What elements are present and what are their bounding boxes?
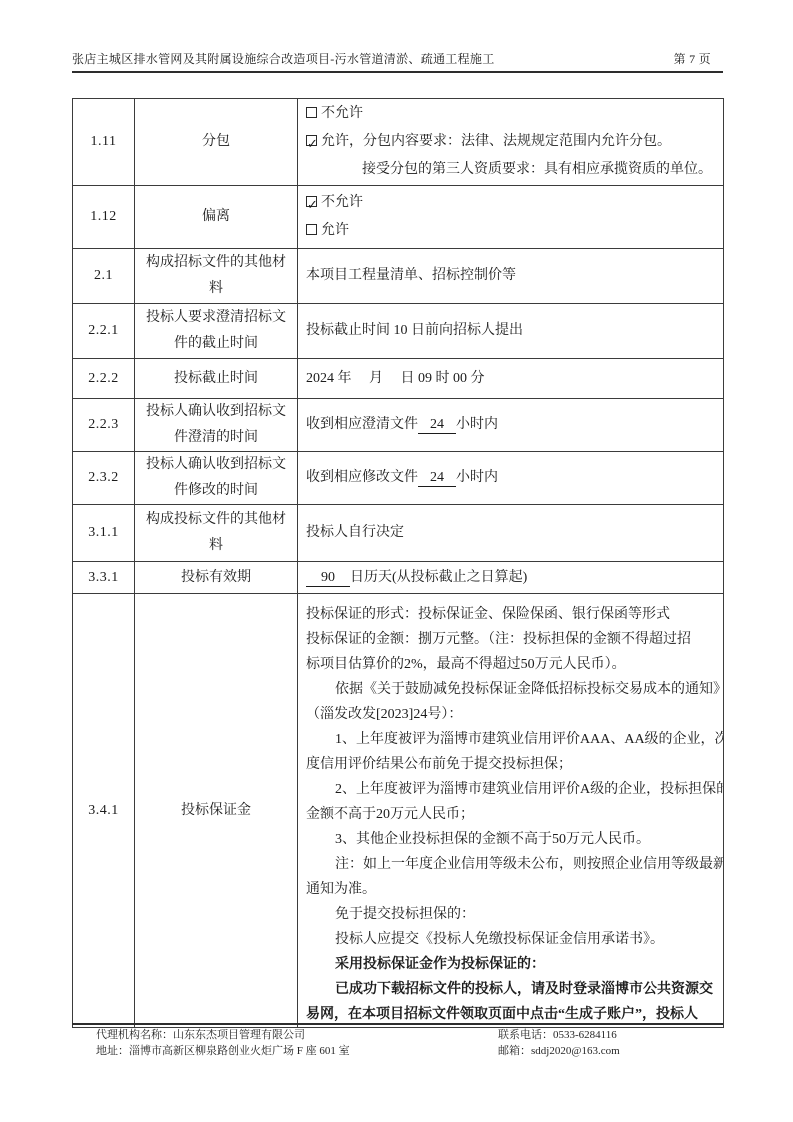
checkbox-checked-icon [306,135,317,146]
contact-phone: 联系电话：0533-6284116 [498,1027,620,1043]
table-row-3-1-1: 3.1.1 构成投标文件的其他材料 投标人自行决定 [73,505,724,562]
tender-conditions-table: 1.11 分包 不允许 允许，分包内容要求：法律、法规规定范围内允许分包。 接受… [72,98,724,1028]
footer-contact-block: 联系电话：0533-6284116 邮箱：sddj2020@163.com [498,1027,620,1059]
table-row-1-12: 1.12 偏离 不允许 允许 [73,186,724,249]
clause-label: 分包 [135,99,298,186]
clause-content: 本项目工程量清单、招标控制价等 [298,249,724,304]
bid-security-line: （淄发改发[2023]24号）： [306,702,717,727]
table-row-2-2-3: 2.2.3 投标人确认收到招标文件澄清的时间 收到相应澄清文件24小时内 [73,399,724,452]
bid-security-line: 3、其他企业投标担保的金额不高于50万元人民币。 [306,827,717,852]
bid-security-line: 通知为准。 [306,877,717,902]
contact-email: 邮箱：sddj2020@163.com [498,1043,620,1059]
clause-label: 投标保证金 [135,594,298,1028]
bid-security-line: 投标人应提交《投标人免缴投标保证金信用承诺书》。 [306,927,717,952]
table-row-2-2-1: 2.2.1 投标人要求澄清招标文件的截止时间 投标截止时间 10 日前向招标人提… [73,304,724,359]
bid-security-line: 金额不高于20万元人民币； [306,802,717,827]
clause-content: 90日历天(从投标截止之日算起) [298,562,724,594]
document-title: 张店主城区排水管网及其附属设施综合改造项目-污水管道清淤、疏通工程施工 [72,50,495,67]
clause-content: 投标人自行决定 [298,505,724,562]
clause-label: 投标人确认收到招标文件澄清的时间 [135,399,298,452]
bid-security-line: 已成功下载招标文件的投标人，请及时登录淄博市公共资源交 [306,977,717,1002]
bid-security-line: 依据《关于鼓励减免投标保证金降低招标投标交易成本的通知》 [306,677,717,702]
bid-security-line: 注：如上一年度企业信用等级未公布，则按照企业信用等级最新 [306,852,717,877]
bid-security-line: 采用投标保证金作为投标保证的： [306,952,717,977]
clause-number: 2.2.2 [73,359,135,399]
table-row-3-4-1: 3.4.1 投标保证金 投标保证的形式：投标保证金、保险保函、银行保函等形式 投… [73,594,724,1028]
footer-divider [72,1023,723,1025]
option-not-allowed: 不允许 [306,100,717,128]
clause-content: 收到相应澄清文件24小时内 [298,399,724,452]
fill-in-value: 24 [418,469,456,487]
table-row-2-3-2: 2.3.2 投标人确认收到招标文件修改的时间 收到相应修改文件24小时内 [73,452,724,505]
agency-address: 地址：淄博市高新区柳泉路创业火炬广场 F 座 601 室 [96,1043,350,1059]
clause-content: 不允许 允许 [298,186,724,249]
clause-label: 投标人要求澄清招标文件的截止时间 [135,304,298,359]
clause-label: 构成招标文件的其他材料 [135,249,298,304]
agency-name: 代理机构名称：山东东杰项目管理有限公司 [96,1027,350,1043]
table-row-1-11: 1.11 分包 不允许 允许，分包内容要求：法律、法规规定范围内允许分包。 接受… [73,99,724,186]
option-not-allowed: 不允许 [306,189,717,217]
bid-security-line: 2、上年度被评为淄博市建筑业信用评价A级的企业，投标担保的 [306,777,717,802]
fill-in-value: 90 [306,569,350,587]
clause-label: 构成投标文件的其他材料 [135,505,298,562]
clause-content: 投标截止时间 10 日前向招标人提出 [298,304,724,359]
clause-number: 1.11 [73,99,135,186]
table-row-2-2-2: 2.2.2 投标截止时间 2024 年 月 日 09 时 00 分 [73,359,724,399]
checkbox-checked-icon [306,196,317,207]
clause-number: 2.2.1 [73,304,135,359]
bid-security-line: 免于提交投标担保的： [306,902,717,927]
bid-security-line: 标项目估算价的2%，最高不得超过50万元人民币）。 [306,652,717,677]
document-page: 张店主城区排水管网及其附属设施综合改造项目-污水管道清淤、疏通工程施工 第 7 … [0,0,793,1122]
option-allowed: 允许，分包内容要求：法律、法规规定范围内允许分包。 [306,128,717,156]
clause-content: 收到相应修改文件24小时内 [298,452,724,505]
clause-content: 2024 年 月 日 09 时 00 分 [298,359,724,399]
clause-number: 2.2.3 [73,399,135,452]
clause-content: 不允许 允许，分包内容要求：法律、法规规定范围内允许分包。 接受分包的第三人资质… [298,99,724,186]
clause-number: 3.1.1 [73,505,135,562]
bid-security-line: 1、上年度被评为淄博市建筑业信用评价AAA、AA级的企业，次年 [306,727,717,752]
clause-label: 投标人确认收到招标文件修改的时间 [135,452,298,505]
clause-number: 1.12 [73,186,135,249]
bid-security-line: 投标保证的金额：捌万元整。（注：投标担保的金额不得超过招 [306,627,717,652]
bid-security-line: 投标保证的形式：投标保证金、保险保函、银行保函等形式 [306,602,717,627]
clause-number: 3.4.1 [73,594,135,1028]
clause-label: 偏离 [135,186,298,249]
option-allowed: 允许 [306,217,717,245]
clause-content: 投标保证的形式：投标保证金、保险保函、银行保函等形式 投标保证的金额：捌万元整。… [298,594,724,1028]
subcontract-qualification-note: 接受分包的第三人资质要求：具有相应承揽资质的单位。 [306,156,717,184]
checkbox-unchecked-icon [306,107,317,118]
table-row-3-3-1: 3.3.1 投标有效期 90日历天(从投标截止之日算起) [73,562,724,594]
page-number: 第 7 页 [673,50,723,67]
page-header: 张店主城区排水管网及其附属设施综合改造项目-污水管道清淤、疏通工程施工 第 7 … [72,50,723,73]
clause-number: 3.3.1 [73,562,135,594]
clause-number: 2.1 [73,249,135,304]
table-row-2-1: 2.1 构成招标文件的其他材料 本项目工程量清单、招标控制价等 [73,249,724,304]
checkbox-unchecked-icon [306,224,317,235]
footer-agency-block: 代理机构名称：山东东杰项目管理有限公司 地址：淄博市高新区柳泉路创业火炬广场 F… [96,1027,350,1059]
clause-label: 投标截止时间 [135,359,298,399]
bid-security-line: 度信用评价结果公布前免于提交投标担保； [306,752,717,777]
clause-label: 投标有效期 [135,562,298,594]
clause-number: 2.3.2 [73,452,135,505]
fill-in-value: 24 [418,416,456,434]
